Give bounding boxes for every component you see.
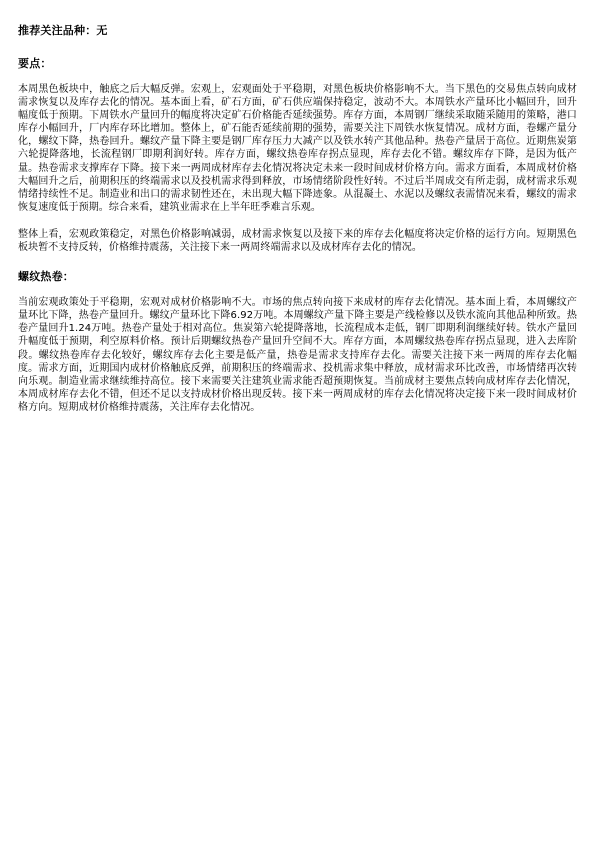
rebar-hrc-paragraph: 当前宏观政策处于平稳期，宏观对成材价格影响不大。市场的焦点转向接下来成材的库存去… [18,296,577,414]
recommend-heading: 推荐关注品种：无 [18,24,577,38]
rebar-hrc-heading: 螺纹热卷： [18,270,577,284]
keypoints-paragraph: 本周黑色板块中，触底之后大幅反弹。宏观上，宏观面处于平稳期，对黑色板块价格影响不… [18,83,577,214]
keypoints-heading: 要点： [18,57,577,71]
document-page: 推荐关注品种：无 要点： 本周黑色板块中，触底之后大幅反弹。宏观上，宏观面处于平… [0,0,595,842]
summary-paragraph: 整体上看，宏观政策稳定，对黑色价格影响减弱，成材需求恢复以及接下来的库存去化幅度… [18,228,577,254]
